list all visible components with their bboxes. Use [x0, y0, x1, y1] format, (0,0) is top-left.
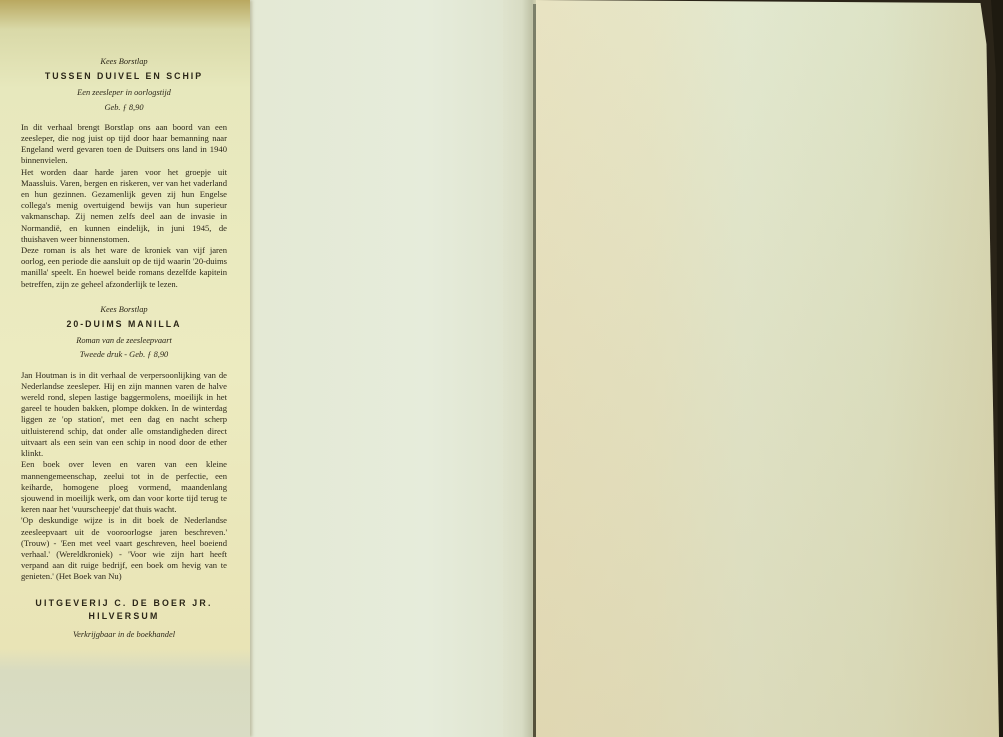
book2-author: Kees Borstlap	[21, 304, 227, 315]
book1-advert: Kees Borstlap TUSSEN DUIVEL EN SCHIP Een…	[21, 56, 227, 290]
publisher-name: UITGEVERIJ C. DE BOER JR.	[21, 597, 227, 610]
publisher-block: UITGEVERIJ C. DE BOER JR. HILVERSUM Verk…	[21, 597, 227, 640]
right-blank-page	[536, 0, 999, 737]
book1-title: TUSSEN DUIVEL EN SCHIP	[21, 71, 227, 82]
availability-note: Verkrijgbaar in de boekhandel	[21, 629, 227, 640]
book2-paragraph: Jan Houtman is in dit verhaal de verpers…	[21, 370, 227, 460]
book1-price: Geb. ƒ 8,90	[21, 102, 227, 113]
book1-paragraph: Het worden daar harde jaren voor het gro…	[21, 167, 227, 245]
gutter	[503, 0, 537, 737]
book2-paragraph: 'Op deskundige wijze is in dit boek de N…	[21, 515, 227, 582]
book2-title: 20-DUIMS MANILLA	[21, 319, 227, 330]
dust-jacket-flap: Kees Borstlap TUSSEN DUIVEL EN SCHIP Een…	[0, 0, 250, 737]
publisher-city: HILVERSUM	[21, 610, 227, 623]
book-endpaper-scan: Kees Borstlap TUSSEN DUIVEL EN SCHIP Een…	[0, 0, 1003, 737]
book2-price: Tweede druk - Geb. ƒ 8,90	[21, 349, 227, 360]
spine-fold-line	[533, 4, 536, 737]
book1-paragraph: In dit verhaal brengt Borstlap ons aan b…	[21, 122, 227, 167]
spacer	[21, 290, 227, 304]
book2-advert: Kees Borstlap 20-DUIMS MANILLA Roman van…	[21, 304, 227, 583]
spacer	[21, 583, 227, 597]
book1-paragraph: Deze roman is als het ware de kroniek va…	[21, 245, 227, 290]
flap-text: Kees Borstlap TUSSEN DUIVEL EN SCHIP Een…	[21, 56, 227, 640]
book2-subtitle: Roman van de zeesleepvaart	[21, 335, 227, 346]
book1-author: Kees Borstlap	[21, 56, 227, 67]
book2-paragraph: Een boek over leven en varen van een kle…	[21, 459, 227, 515]
book1-subtitle: Een zeesleper in oorlogstijd	[21, 87, 227, 98]
